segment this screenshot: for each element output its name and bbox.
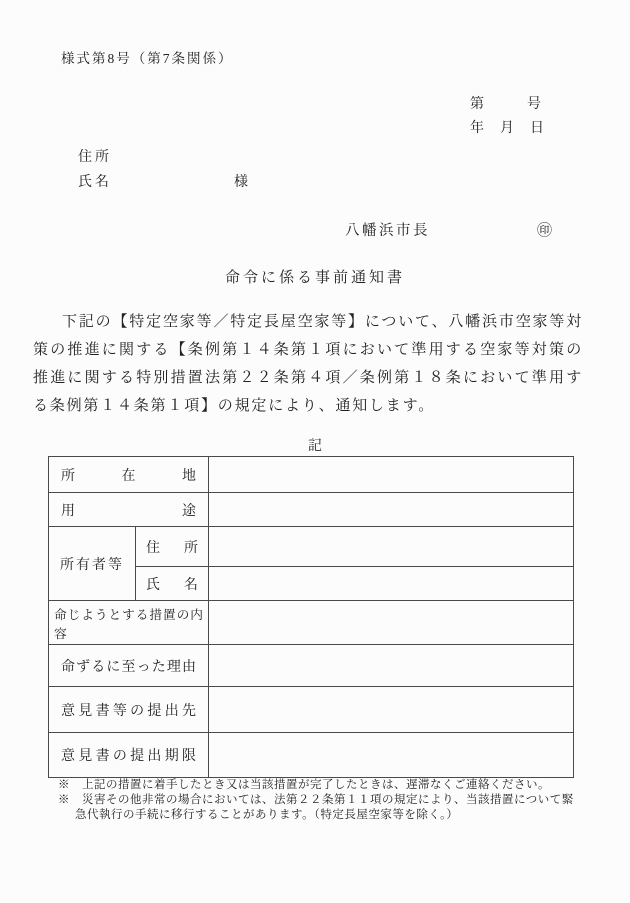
row-label-measures: 命じようとする措置の内容 bbox=[49, 604, 208, 642]
recipient-name-label: 氏名 bbox=[78, 175, 112, 190]
table-row-use: 用途 bbox=[49, 493, 574, 527]
table-row-reason: 命ずるに至った理由 bbox=[49, 645, 574, 687]
table-row-owner-address: 所有者等 住所 bbox=[49, 527, 574, 567]
table-row-submission-to: 意見書等の提出先 bbox=[49, 687, 574, 733]
row-label-location: 所在地 bbox=[49, 465, 208, 485]
notice-document-page: 様式第8号（第7条関係） 第 号 年 月 日 住所 氏名様 八幡浜市長 ㊞ 命令… bbox=[0, 0, 630, 903]
recipient-honorific: 様 bbox=[234, 175, 248, 190]
seal-stamp-icon: ㊞ bbox=[537, 219, 552, 240]
cell-owner-address-value bbox=[209, 527, 574, 567]
row-label-submission-deadline: 意見書の提出期限 bbox=[49, 745, 208, 765]
cell-measures-value bbox=[209, 601, 574, 645]
recipient-block: 住所 氏名様 bbox=[78, 145, 248, 195]
footnotes: ※ 上記の措置に着手したとき又は当該措置が完了したときは、遅滞なくご連絡ください… bbox=[58, 778, 578, 823]
row-label-owner-group: 所有者等 bbox=[49, 554, 135, 574]
row-label-owner-address: 住所 bbox=[136, 537, 208, 557]
row-label-submission-to: 意見書等の提出先 bbox=[49, 700, 208, 720]
sender-name: 八幡浜市長 bbox=[345, 219, 430, 240]
body-paragraph: 下記の【特定空家等／特定長屋空家等】について、八幡浜市空家等対策の推進に関する【… bbox=[33, 308, 583, 420]
row-label-use: 用途 bbox=[49, 500, 208, 520]
form-number: 様式第8号（第7条関係） bbox=[61, 47, 234, 67]
cell-submission-to-value bbox=[209, 687, 574, 733]
footnote-1: ※ 上記の措置に着手したとき又は当該措置が完了したときは、遅滞なくご連絡ください… bbox=[58, 778, 578, 793]
cell-use-value bbox=[209, 493, 574, 527]
footnote-2: ※ 災害その他非常の場合においては、法第２２条第１１項の規定により、当該措置につ… bbox=[58, 793, 578, 823]
table-row-measures: 命じようとする措置の内容 bbox=[49, 601, 574, 645]
table-row-submission-deadline: 意見書の提出期限 bbox=[49, 733, 574, 778]
record-marker: 記 bbox=[0, 435, 630, 455]
document-date-line: 年 月 日 bbox=[470, 117, 546, 141]
cell-owner-name-value bbox=[209, 567, 574, 601]
recipient-address-label: 住所 bbox=[78, 145, 248, 170]
row-label-reason: 命ずるに至った理由 bbox=[49, 656, 208, 676]
document-number-line: 第 号 bbox=[470, 93, 546, 117]
cell-submission-deadline-value bbox=[209, 733, 574, 778]
details-table: 所在地 用途 所有者等 住所 氏名 命じよう bbox=[48, 456, 574, 778]
document-title: 命令に係る事前通知書 bbox=[0, 266, 630, 287]
document-meta: 第 号 年 月 日 bbox=[470, 93, 546, 141]
cell-reason-value bbox=[209, 645, 574, 687]
cell-location-value bbox=[209, 457, 574, 493]
sender-line: 八幡浜市長 ㊞ bbox=[0, 219, 630, 239]
recipient-name-line: 氏名様 bbox=[78, 170, 248, 195]
table-row-location: 所在地 bbox=[49, 457, 574, 493]
row-label-owner-name: 氏名 bbox=[136, 574, 208, 594]
